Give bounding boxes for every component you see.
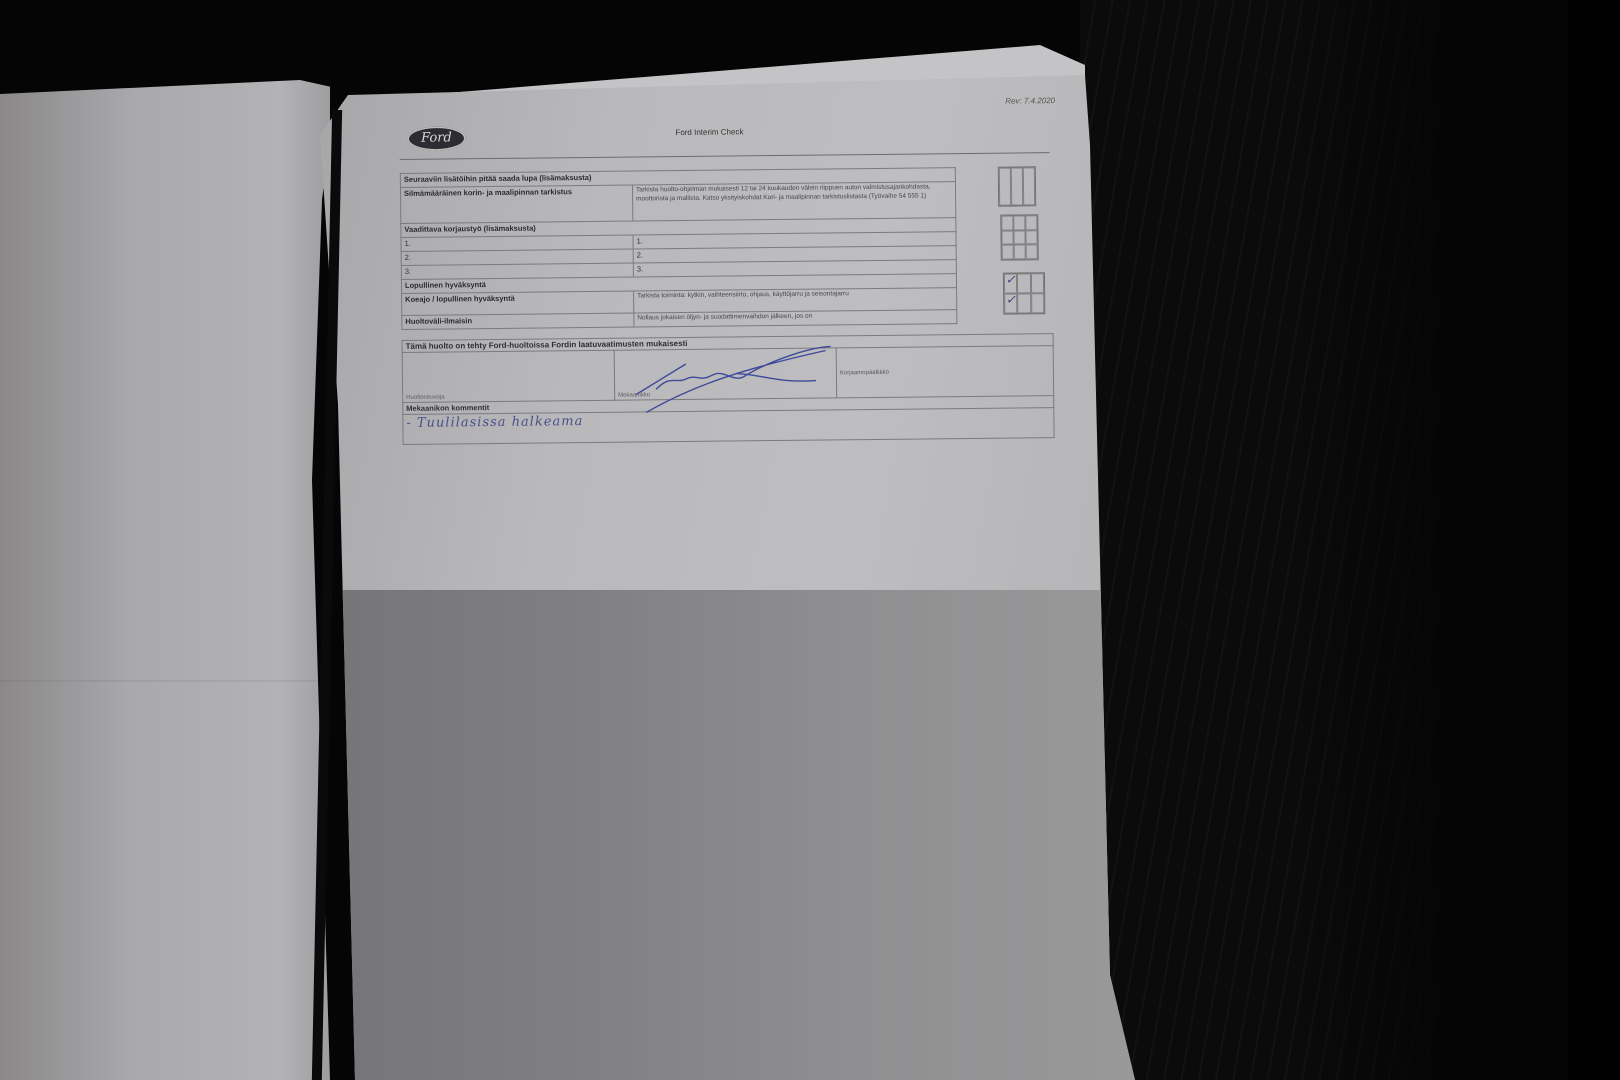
revision-date: Rev: 7.4.2020 xyxy=(1005,96,1055,106)
checkmark-icon[interactable]: ✓ xyxy=(1004,293,1018,313)
checkbox[interactable] xyxy=(1025,215,1037,230)
checkbox[interactable] xyxy=(1013,215,1025,230)
checkbox[interactable] xyxy=(1017,293,1031,313)
ford-logo: Ford xyxy=(407,126,465,151)
form-table: Seuraaviin lisätöihin pitää saada lupa (… xyxy=(400,167,958,330)
checkbox[interactable] xyxy=(1014,245,1026,260)
header-divider xyxy=(400,152,1050,160)
checkbox[interactable] xyxy=(1031,293,1045,313)
checkbox[interactable] xyxy=(1023,167,1035,205)
checkbox[interactable] xyxy=(1025,230,1037,245)
service-form: Rev: 7.4.2020 Ford Ford Interim Check Se… xyxy=(395,88,1059,475)
checkbox[interactable] xyxy=(1002,245,1014,260)
checkbox[interactable] xyxy=(1011,167,1023,205)
checkbox[interactable] xyxy=(1013,230,1025,245)
checkbox[interactable] xyxy=(1017,273,1031,293)
paper-lower-fold xyxy=(320,590,1140,1080)
checkbox-group-3: ✓ ✓ xyxy=(1003,272,1045,314)
form-title: Ford Interim Check xyxy=(675,127,743,137)
checkbox[interactable] xyxy=(1026,245,1038,260)
checkbox-group-1 xyxy=(998,166,1036,206)
checkmark-icon[interactable]: ✓ xyxy=(1004,273,1018,293)
service-indicator-description: Nollaus jokaisen öljyn- ja suodattimenva… xyxy=(634,310,957,327)
body-paint-inspection-label: Silmämääräinen korin- ja maalipinnan tar… xyxy=(400,185,632,223)
checkbox-group-2 xyxy=(1000,214,1038,260)
service-indicator-label: Huoltoväli-ilmaisin xyxy=(402,313,634,329)
signature-icon xyxy=(616,342,837,414)
mechanic-comment: - Tuulilasissa halkeama xyxy=(406,414,583,431)
road-test-label: Koeajo / lopullinen hyväksyntä xyxy=(402,291,634,315)
checkbox[interactable] xyxy=(1031,273,1045,293)
left-paper-sheet xyxy=(0,80,330,1080)
checkbox[interactable] xyxy=(1001,230,1013,245)
image-border xyxy=(1568,0,1620,1080)
checkbox[interactable] xyxy=(999,168,1011,206)
workshop-manager-field: Korjaamopäällikkö xyxy=(840,368,1050,376)
checkbox[interactable] xyxy=(1001,216,1013,231)
background-striped-surface xyxy=(1080,0,1620,1080)
body-paint-inspection-description: Tarkista huolto-ohjelman mukaisesti 12 t… xyxy=(632,182,955,221)
